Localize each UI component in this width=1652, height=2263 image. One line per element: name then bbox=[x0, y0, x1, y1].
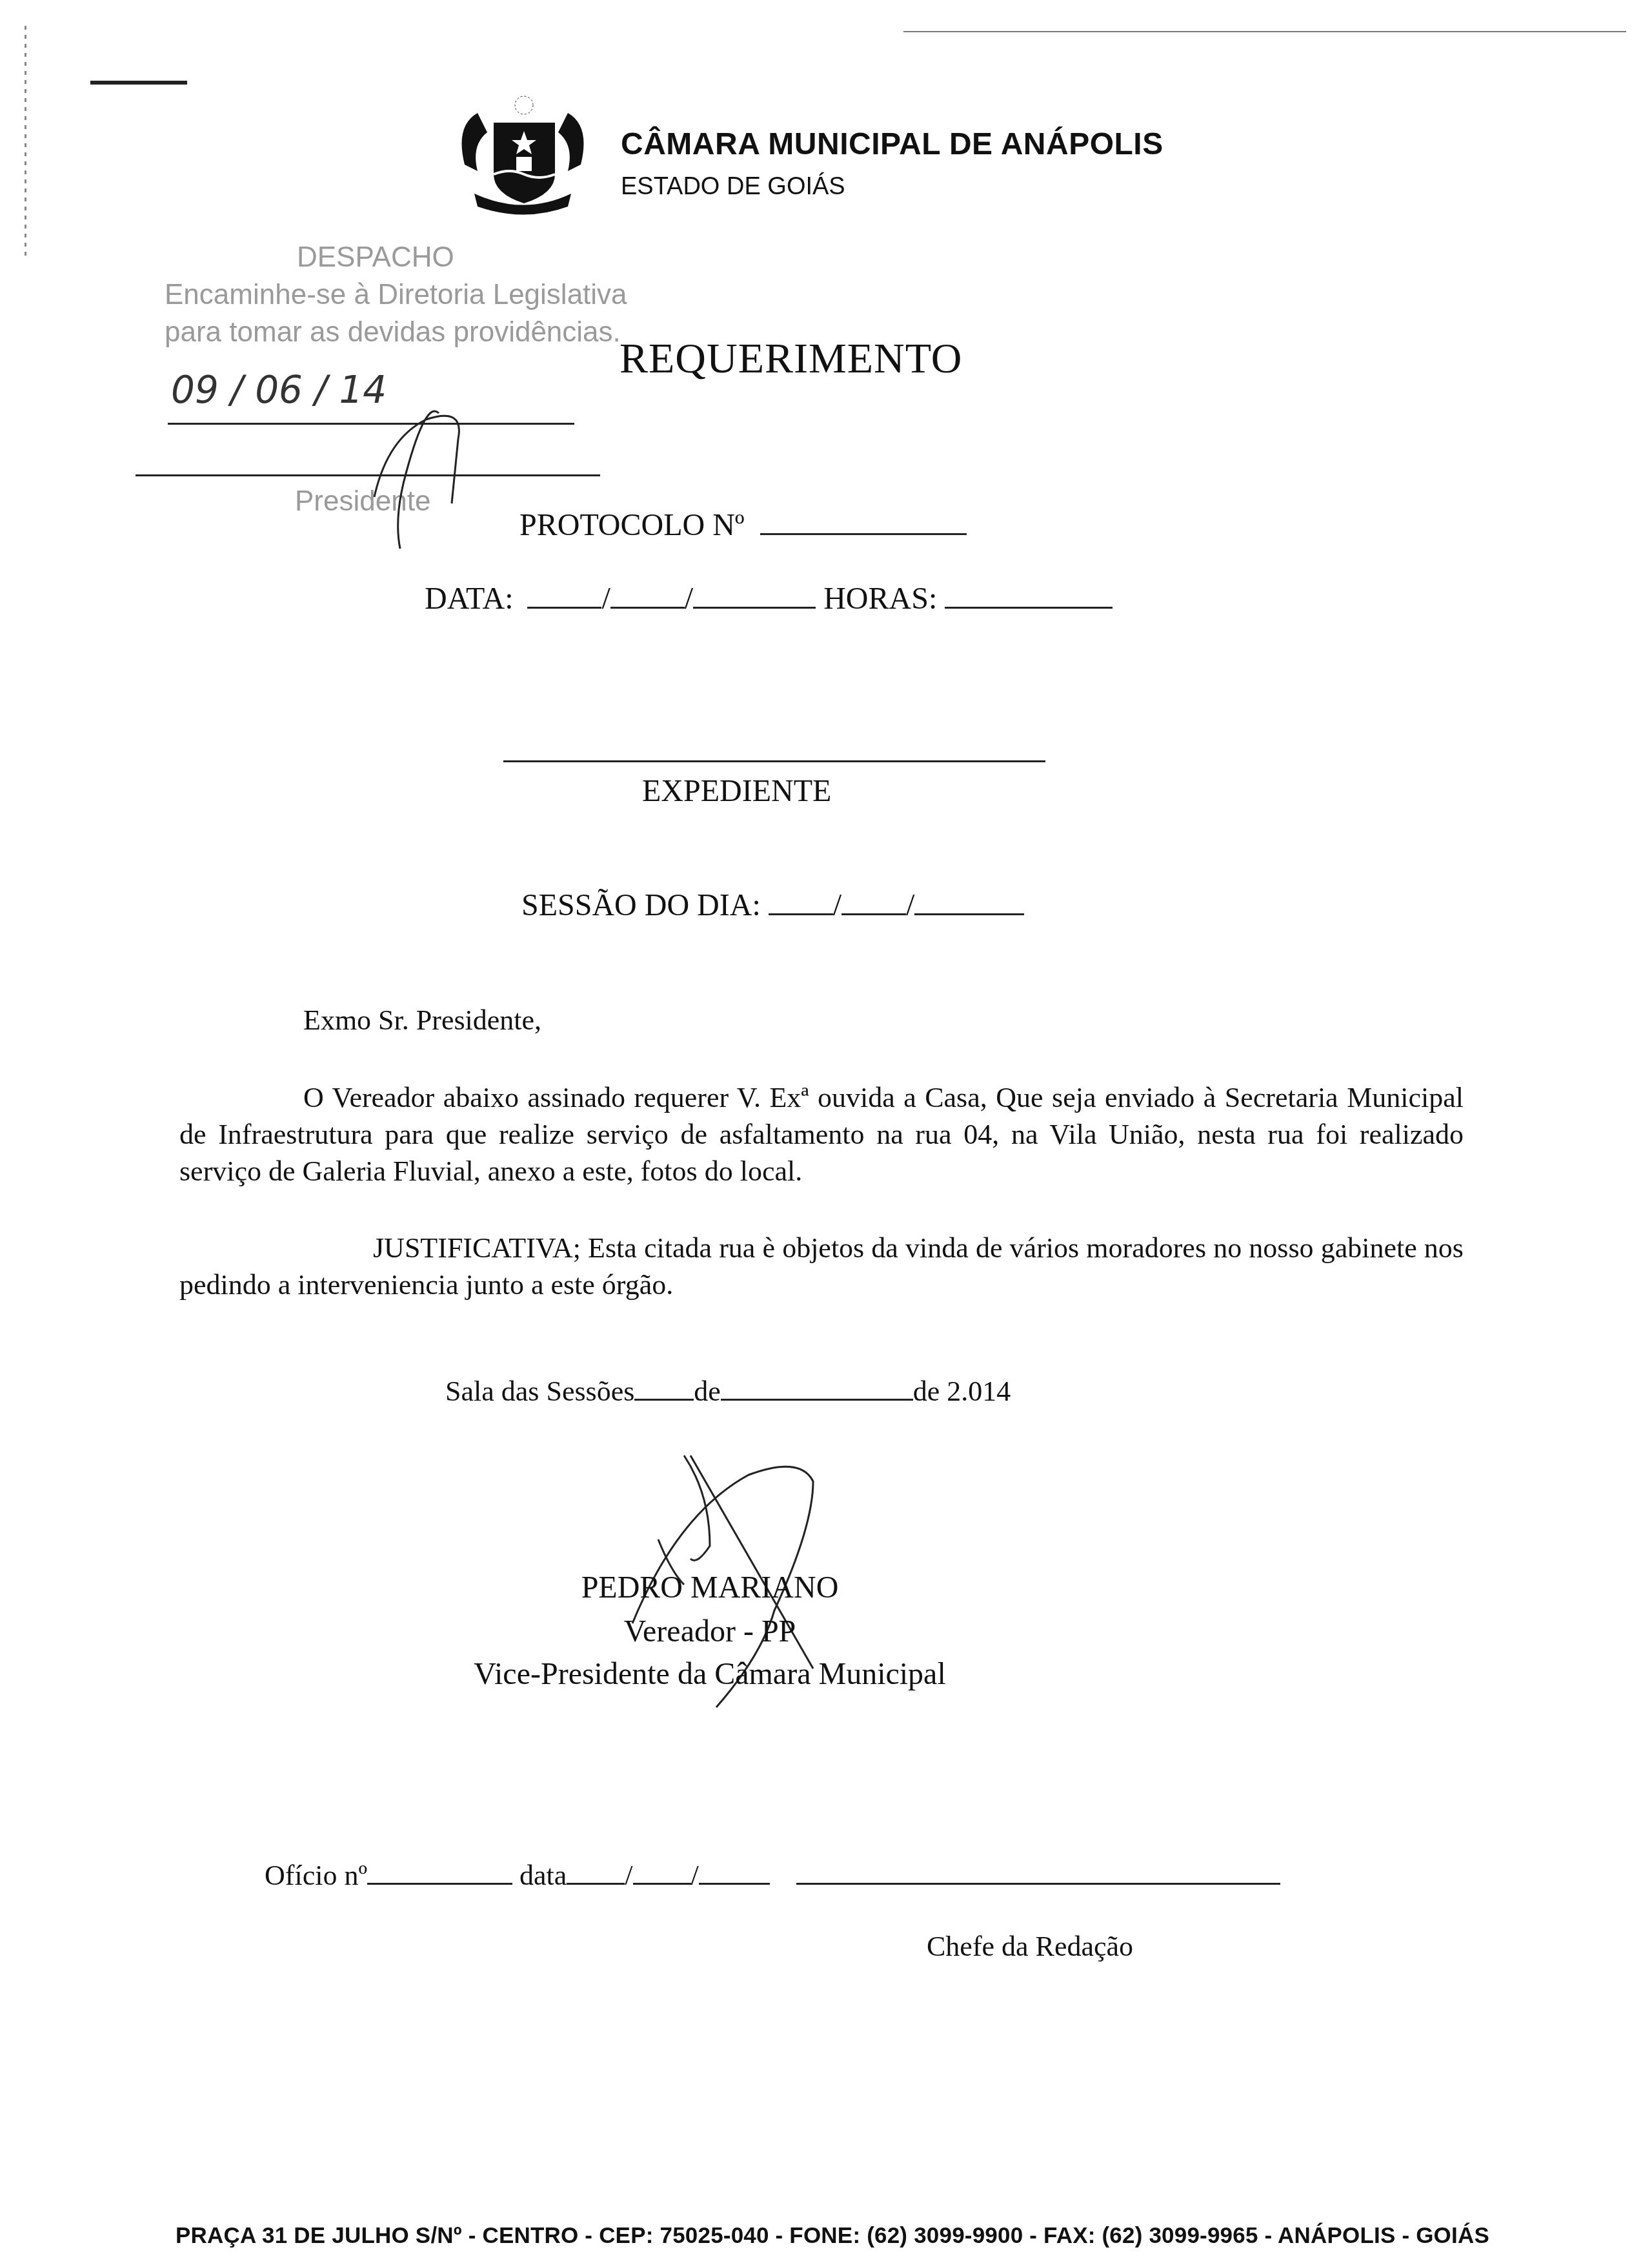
data-horas-field: DATA: // HORAS: bbox=[425, 581, 1113, 616]
sala-month-input[interactable] bbox=[721, 1398, 913, 1401]
document-title: REQUERIMENTO bbox=[619, 334, 962, 383]
signer-name: PEDRO MARIANO bbox=[355, 1570, 1065, 1605]
salutation: Exmo Sr. Presidente, bbox=[303, 1002, 541, 1039]
signer-role: Vereador - PP bbox=[355, 1614, 1065, 1649]
despacho-line-1: Encaminhe-se à Diretoria Legislativa bbox=[165, 276, 655, 314]
oficio-line: Ofício nº data// bbox=[265, 1859, 1280, 1892]
despacho-title: DESPACHO bbox=[165, 239, 655, 276]
scan-edge-left bbox=[25, 26, 26, 258]
despacho-line-2: para tomar as devidas providências. bbox=[165, 314, 655, 351]
chefe-label: Chefe da Redação bbox=[927, 1930, 1133, 1963]
data-month-input[interactable] bbox=[610, 606, 685, 609]
oficio-data-label: data bbox=[519, 1860, 567, 1891]
data-year-input[interactable] bbox=[693, 606, 816, 609]
expediente-label: EXPEDIENTE bbox=[642, 773, 831, 809]
protocolo-field: PROTOCOLO Nº bbox=[519, 507, 967, 543]
sala-das-sessoes-line: Sala das Sessõesdede 2.014 bbox=[445, 1375, 1011, 1408]
oficio-number-input[interactable] bbox=[367, 1882, 512, 1885]
sala-day-input[interactable] bbox=[634, 1398, 694, 1401]
scan-rule-top-right bbox=[903, 31, 1626, 32]
sala-prefix: Sala das Sessões bbox=[445, 1375, 634, 1407]
oficio-label: Ofício nº bbox=[265, 1860, 367, 1891]
oficio-month-input[interactable] bbox=[633, 1882, 691, 1885]
sala-suffix: de 2.014 bbox=[913, 1375, 1011, 1407]
despacho-stamp: DESPACHO Encaminhe-se à Diretoria Legisl… bbox=[165, 239, 655, 351]
justification-paragraph: JUSTIFICATIVA; Esta citada rua è objetos… bbox=[179, 1230, 1464, 1303]
institution-name: CÂMARA MUNICIPAL DE ANÁPOLIS bbox=[621, 127, 1163, 162]
oficio-day-input[interactable] bbox=[567, 1882, 625, 1885]
oficio-year-input[interactable] bbox=[699, 1882, 770, 1885]
expediente-rule bbox=[503, 760, 1045, 762]
data-day-input[interactable] bbox=[527, 606, 601, 609]
sessao-year-input[interactable] bbox=[914, 913, 1024, 915]
sessao-month-input[interactable] bbox=[841, 913, 906, 915]
request-paragraph: O Vereador abaixo assinado requerer V. E… bbox=[179, 1079, 1464, 1190]
horas-label: HORAS: bbox=[823, 582, 937, 616]
data-label: DATA: bbox=[425, 582, 513, 616]
signer-title: Vice-Presidente da Câmara Municipal bbox=[355, 1656, 1065, 1692]
chefe-signature-input[interactable] bbox=[796, 1882, 1280, 1885]
protocolo-label: PROTOCOLO Nº bbox=[519, 508, 745, 542]
footer-address: PRAÇA 31 DE JULHO S/Nº - CENTRO - CEP: 7… bbox=[129, 2223, 1536, 2249]
coat-of-arms-icon bbox=[452, 87, 594, 216]
sessao-label: SESSÃO DO DIA: bbox=[521, 888, 761, 922]
protocolo-input[interactable] bbox=[760, 533, 967, 535]
sessao-field: SESSÃO DO DIA: // bbox=[521, 888, 1024, 923]
president-signature bbox=[348, 387, 478, 581]
horas-input[interactable] bbox=[945, 606, 1113, 609]
sessao-day-input[interactable] bbox=[769, 913, 833, 915]
scan-mark-top-left bbox=[90, 81, 187, 85]
institution-state: ESTADO DE GOIÁS bbox=[621, 173, 845, 201]
sala-de: de bbox=[694, 1375, 721, 1407]
